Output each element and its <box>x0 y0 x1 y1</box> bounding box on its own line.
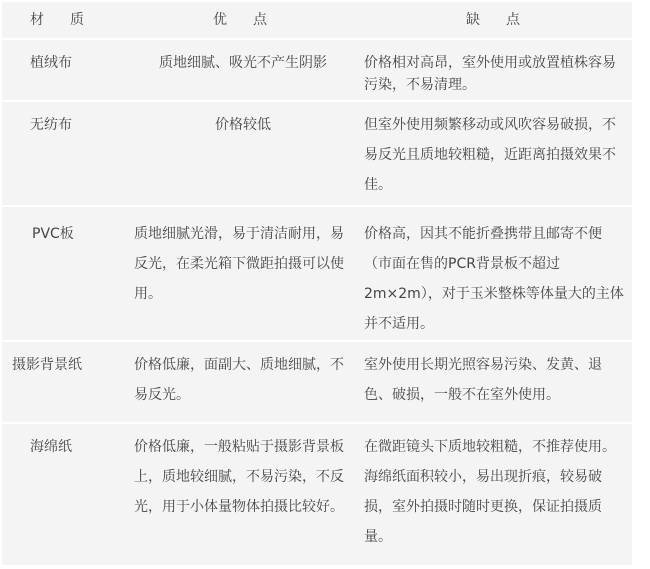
cons-cell: 但室外使用频繁移动或风吹容易破损，不易反光且质地较粗糙，近距离拍摄效果不佳。 <box>358 110 632 205</box>
pros-cell: 价格低廉，一般粘贴于摄影背景板上，质地较细腻，不易污染，不反光，用于小体量物体拍… <box>130 432 358 565</box>
table-row: 海绵纸 价格低廉，一般粘贴于摄影背景板上，质地较细腻，不易污染，不反光，用于小体… <box>2 424 632 567</box>
table-row: 植绒布 质地细腻、吸光不产生阴影 价格相对高昂，室外使用或放置植株容易污染，不易… <box>2 40 632 102</box>
cons-cell: 室外使用长期光照容易污染、发黄、退色、破损，一般不在室外使用。 <box>358 350 632 422</box>
cons-cell: 价格高，因其不能折叠携带且邮寄不便（市面在售的PCR背景板不超过2m×2m），对… <box>358 219 632 340</box>
material-cell: PVC板 <box>2 219 130 340</box>
pros-cell: 质地细腻、吸光不产生阴影 <box>130 52 358 100</box>
header-material: 材 质 <box>2 2 130 38</box>
material-cell: 无纺布 <box>2 110 130 205</box>
pros-cell: 价格低廉，面副大、质地细腻，不易反光。 <box>130 350 358 422</box>
material-cell: 摄影背景纸 <box>2 350 130 422</box>
materials-comparison-table: 材 质 优 点 缺 点 植绒布 质地细腻、吸光不产生阴影 价格相对高昂，室外使用… <box>2 2 632 567</box>
pros-cell: 质地细腻光滑，易于清洁耐用，易反光，在柔光箱下微距拍摄可以使用。 <box>130 219 358 340</box>
table-row: 无纺布 价格较低 但室外使用频繁移动或风吹容易破损，不易反光且质地较粗糙，近距离… <box>2 102 632 207</box>
table-header-row: 材 质 优 点 缺 点 <box>2 2 632 40</box>
cons-cell: 在微距镜头下质地较粗糙，不推荐使用。海绵纸面积较小，易出现折痕，较易破损，室外拍… <box>358 432 632 565</box>
cons-cell: 价格相对高昂，室外使用或放置植株容易污染，不易清理。 <box>358 52 632 100</box>
pros-cell: 价格较低 <box>130 110 358 205</box>
table-row: 摄影背景纸 价格低廉，面副大、质地细腻，不易反光。 室外使用长期光照容易污染、发… <box>2 342 632 424</box>
header-cons: 缺 点 <box>358 2 632 38</box>
material-cell: 海绵纸 <box>2 432 130 565</box>
material-cell: 植绒布 <box>2 52 130 100</box>
table-row: PVC板 质地细腻光滑，易于清洁耐用，易反光，在柔光箱下微距拍摄可以使用。 价格… <box>2 207 632 342</box>
header-pros: 优 点 <box>130 2 358 38</box>
